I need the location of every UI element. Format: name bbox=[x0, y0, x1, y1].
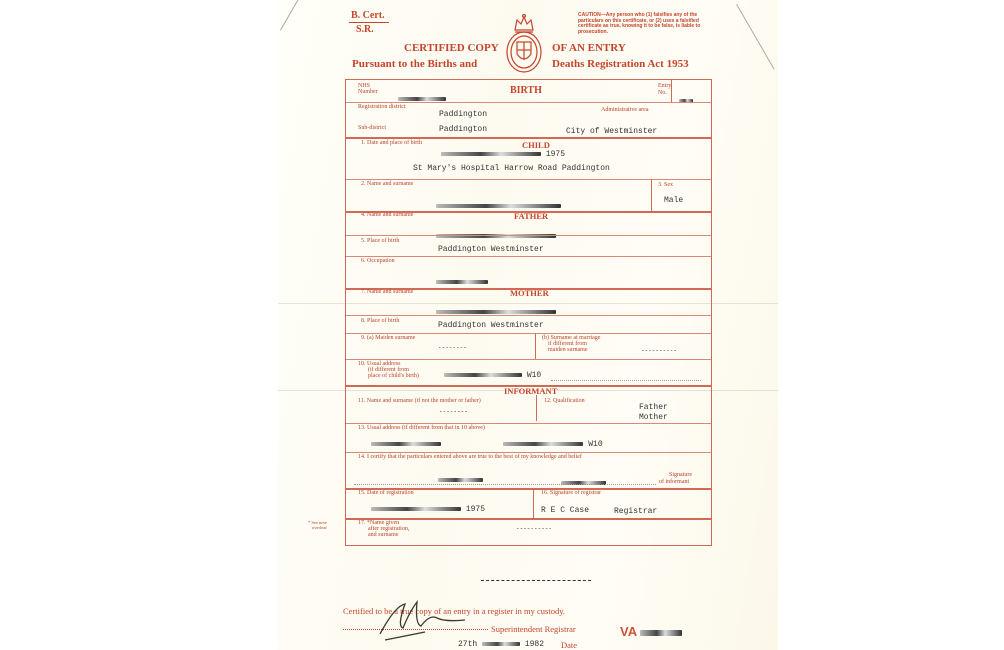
child-birth-year: 1975 bbox=[546, 150, 565, 159]
form-code-1: B. Cert. bbox=[351, 10, 385, 21]
entry-number-value bbox=[679, 92, 693, 110]
title-certified-copy: CERTIFIED COPY bbox=[404, 42, 499, 55]
side-note-2: overleaf bbox=[312, 525, 327, 530]
mother-birthplace-label: 8. Place of birth bbox=[361, 318, 399, 325]
qualification-value-1: Father bbox=[639, 403, 668, 412]
divider bbox=[346, 137, 711, 139]
birth-entry-form: NHS Number BIRTH Entry No. Registration … bbox=[345, 79, 712, 546]
form-code-2: S.R. bbox=[356, 24, 374, 35]
informant-name-value: -------- bbox=[439, 408, 468, 415]
marriage-surname-value: ---------- bbox=[641, 347, 677, 354]
registrar-name: R E C Case bbox=[541, 506, 589, 515]
administrative-area-value: City of Westminster bbox=[566, 127, 657, 136]
qualification-value-2: Mother bbox=[639, 413, 668, 422]
registrar-title: Registrar bbox=[614, 507, 657, 516]
administrative-area-label: Administrative area bbox=[601, 107, 648, 114]
registration-date-label: 15. Date of registration bbox=[358, 490, 414, 497]
registration-year: 1975 bbox=[466, 505, 485, 514]
sub-district-value: Paddington bbox=[439, 125, 487, 134]
section-child: CHILD bbox=[522, 140, 550, 150]
divider bbox=[346, 333, 711, 334]
serial-prefix: VA bbox=[620, 624, 637, 639]
entry-label-1: Entry bbox=[658, 83, 671, 90]
marriage-surname-label-3: maiden surname bbox=[548, 347, 588, 354]
divider bbox=[651, 179, 652, 211]
title-act: Deaths Registration Act 1953 bbox=[552, 58, 689, 71]
informant-name-label: 11. Name and surname (if not the mother … bbox=[358, 398, 481, 405]
father-occupation-label: 6. Occupation bbox=[361, 258, 395, 265]
sex-label: 3. Sex bbox=[658, 182, 673, 189]
informant-address-label: 13. Usual address (if different from tha… bbox=[358, 425, 485, 432]
registration-district-value: Paddington bbox=[439, 110, 487, 119]
father-birthplace-value: Paddington Westminster bbox=[438, 245, 544, 254]
informant-address-value: W10 bbox=[371, 440, 603, 449]
father-birthplace-label: 5. Place of birth bbox=[361, 238, 399, 245]
divider bbox=[346, 315, 711, 316]
father-name-label: 4. Name and surname bbox=[361, 212, 413, 219]
informant-address-postcode: W10 bbox=[588, 440, 602, 449]
sex-value: Male bbox=[664, 196, 683, 205]
divider bbox=[349, 22, 389, 23]
section-title-birth: BIRTH bbox=[510, 85, 542, 96]
divider bbox=[346, 518, 711, 520]
section-informant: INFORMANT bbox=[504, 386, 557, 396]
divider bbox=[346, 452, 711, 453]
mother-name-value bbox=[436, 303, 556, 321]
divider bbox=[536, 395, 537, 421]
divider bbox=[346, 179, 711, 180]
father-name-value bbox=[436, 227, 556, 245]
certify-statement: 14. I certify that the particulars enter… bbox=[358, 454, 582, 461]
informant-signature-1 bbox=[438, 471, 483, 489]
certification-date: 27th 1982 bbox=[458, 640, 544, 649]
title-of-an-entry: OF AN ENTRY bbox=[552, 42, 626, 55]
divider bbox=[481, 580, 591, 581]
date-label: Date bbox=[561, 640, 577, 650]
sub-district-label: Sub-district bbox=[358, 125, 386, 132]
usual-address-value: W10 bbox=[444, 371, 541, 380]
serial-number: VA bbox=[620, 624, 682, 639]
divider bbox=[346, 359, 711, 360]
mother-birthplace-value: Paddington Westminster bbox=[438, 321, 544, 330]
signature-label-1: Signature bbox=[669, 472, 692, 479]
maiden-surname-label: 9. (a) Maiden surname bbox=[361, 335, 415, 342]
divider bbox=[346, 102, 711, 103]
section-mother: MOTHER bbox=[510, 288, 549, 298]
usual-address-label-3: place of child's birth) bbox=[368, 373, 419, 380]
registrar-signature-label: 16. Signature of registrar bbox=[541, 490, 601, 497]
qualification-label: 12. Qualification bbox=[544, 398, 585, 405]
divider bbox=[535, 333, 536, 359]
entry-label-2: No. bbox=[658, 90, 667, 97]
divider bbox=[346, 235, 711, 236]
divider bbox=[346, 423, 711, 424]
certification-day: 27th bbox=[458, 640, 477, 649]
registration-district-label: Registration district bbox=[358, 104, 406, 111]
child-birth-place-value: St Mary's Hospital Harrow Road Paddingto… bbox=[413, 164, 610, 173]
registration-date-value: 1975 bbox=[371, 505, 485, 514]
certification-year: 1982 bbox=[525, 640, 544, 649]
maiden-surname-value: -------- bbox=[438, 344, 467, 351]
nhs-label-2: Number bbox=[358, 89, 378, 96]
mother-name-label: 7. Name and surname bbox=[361, 289, 413, 296]
royal-coat-of-arms-icon bbox=[503, 12, 545, 74]
divider bbox=[346, 256, 711, 257]
child-name-label: 2. Name and surname bbox=[361, 181, 413, 188]
caution-text: CAUTION—Any person who (1) falsifies any… bbox=[578, 13, 713, 35]
title-pursuant: Pursuant to the Births and bbox=[352, 58, 477, 71]
superintendent-registrar-label: Superintendent Registrar bbox=[491, 624, 576, 634]
divider bbox=[354, 484, 656, 485]
child-birth-date-value: 1975 bbox=[441, 150, 565, 159]
name-given-label-3: and surname bbox=[368, 532, 399, 539]
signature-label-2: of informant bbox=[659, 479, 689, 486]
section-father: FATHER bbox=[514, 211, 548, 221]
signature-icon bbox=[375, 596, 475, 646]
divider bbox=[551, 380, 701, 381]
child-date-place-label: 1. Date and place of birth bbox=[361, 140, 422, 147]
name-given-value: ---------- bbox=[516, 525, 552, 532]
usual-address-postcode: W10 bbox=[527, 371, 541, 380]
divider bbox=[533, 488, 534, 518]
